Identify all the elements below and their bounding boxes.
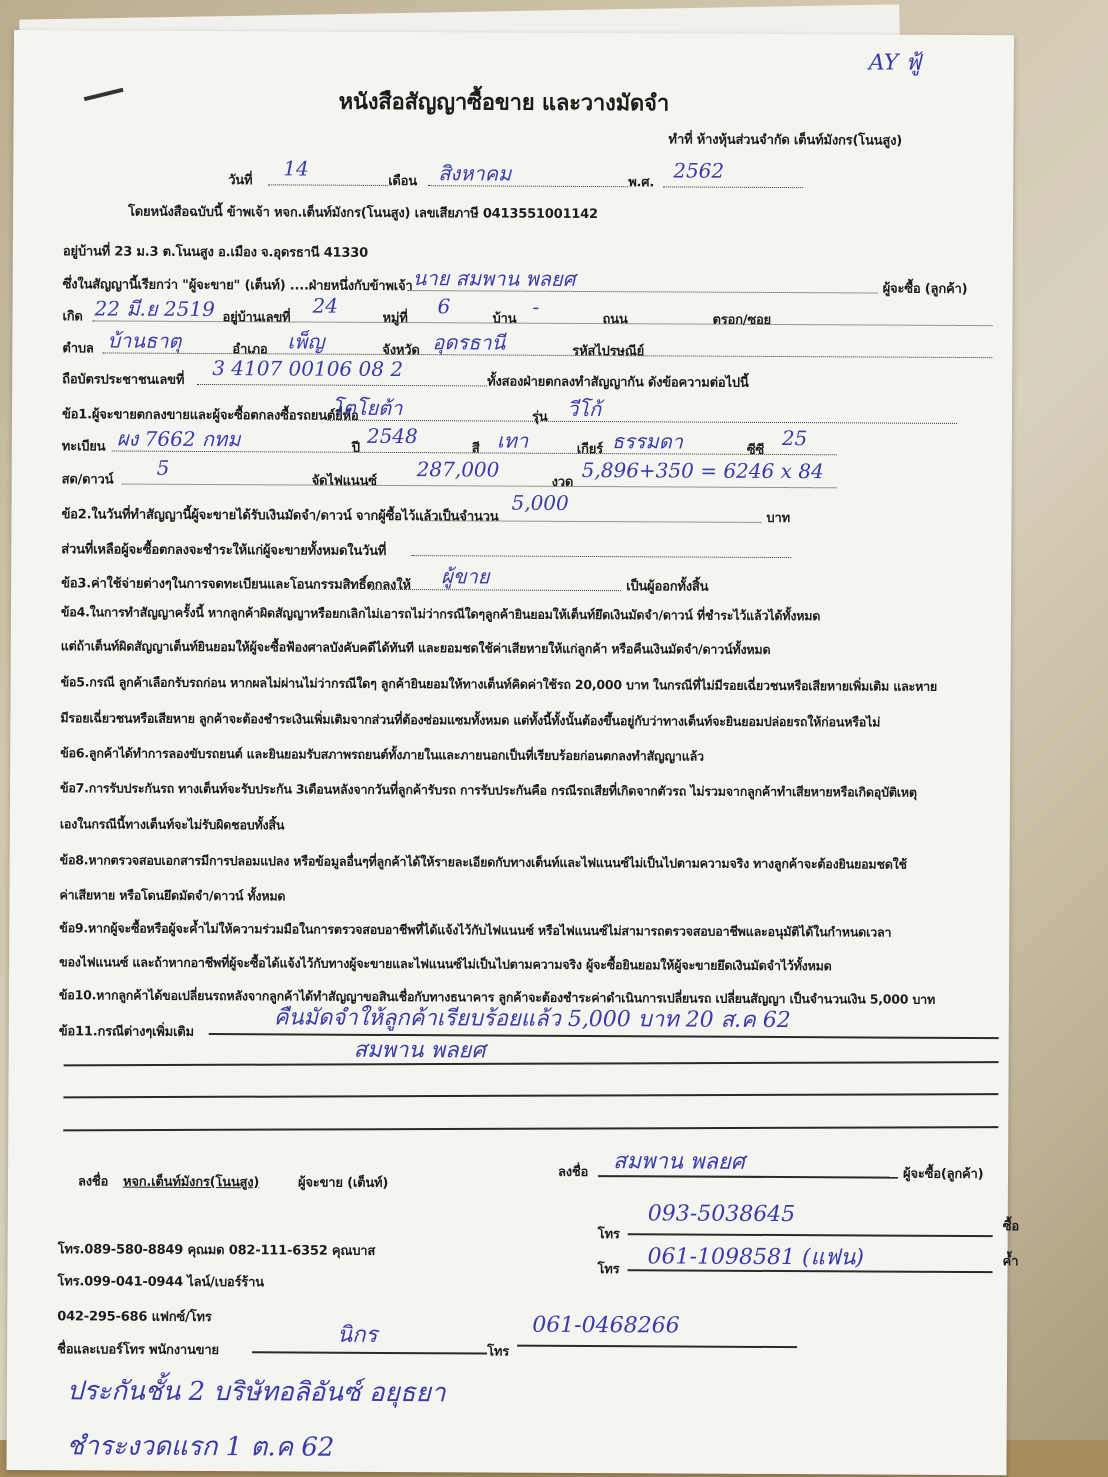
buyer-sign-role: ผู้จะซื้อ(ลูกค้า) (903, 1163, 983, 1184)
buyer-signature[interactable]: สมพาน พลยศ (613, 1143, 745, 1179)
model-label: รุ่น (532, 406, 548, 427)
clause2-label: ข้อ2.ในวันที่ทำสัญญานี้ผู้จะขายได้รับเงิ… (61, 503, 498, 526)
intro-line: โดยหนังสือฉบับนี้ ข้าพเจ้า หจก.เต็นท์มัง… (128, 201, 598, 224)
id-label: ถือบัตรประชาชนเลขที่ (62, 368, 184, 390)
buyer-role: ผู้จะซื้อ (ลูกค้า) (883, 278, 968, 299)
province-value[interactable]: อุดรธานี (432, 326, 505, 358)
buyer-phone-label: โทร (598, 1223, 620, 1244)
document-title: หนังสือสัญญาซื้อขาย และวางมัดจำ (339, 84, 670, 121)
guarantor-phone-label: โทร (597, 1258, 619, 1279)
house-label: อยู่บ้านเลขที่ (222, 306, 290, 327)
tambon-label: ตำบล (62, 337, 93, 358)
salesperson-label: ชื่อและเบอร์โทร พนักงานขาย (57, 1338, 219, 1360)
corner-note: AY ฟู้ (869, 44, 921, 79)
pen-mark (84, 88, 124, 101)
birth-value[interactable]: 22 มี.ย 2519 (94, 292, 214, 325)
down-label: สด/ดาวน์ (62, 468, 114, 489)
gear-value[interactable]: ธรรมดา (612, 425, 683, 457)
buyer-name[interactable]: นาย สมพาน พลยศ (413, 262, 576, 295)
month-label: เดือน (388, 170, 417, 191)
clause-line: ของไฟแนนซ์ และถ้าหากอาชีพที่ผู้จะซื้อได้… (59, 952, 832, 976)
salesperson-name[interactable]: นิกร (337, 1317, 377, 1352)
brand-value[interactable]: โตโยต้า (332, 392, 403, 424)
finance-value[interactable]: 287,000 (417, 457, 500, 481)
clause-line: เองในกรณีนี้ทางเต็นท์จะไม่รับผิดชอบทั้งส… (60, 814, 285, 835)
amphoe-value[interactable]: เพ็ญ (287, 325, 324, 357)
clause-line: ข้อ6.ลูกค้าได้ทำการลองขับรถยนต์ และยินยอ… (60, 743, 704, 766)
salesperson-phone[interactable]: 061-0468266 (532, 1313, 680, 1339)
cc-label: ซีซี (747, 439, 764, 460)
first-payment-note: ชำระงวดแรก 1 ต.ค 62 (66, 1425, 334, 1467)
deposit-unit: บาท (766, 507, 790, 528)
clause-line: ข้อ9.หากผู้จะซื้อหรือผู้จะค้ำไม่ให้ความร… (59, 918, 891, 942)
buyer-sign-label: ลงชื่อ (558, 1161, 588, 1182)
fee-payer-value[interactable]: ผู้ขาย (441, 560, 490, 592)
clause-line: แต่ถ้าเต็นท์ผิดสัญญาเต็นท์ยินยอมให้ผู้จะ… (61, 636, 771, 660)
seller-sign-value: หจก.เต็นท์มังกร(โนนสูง) (123, 1171, 259, 1193)
clause-line: ข้อ4.ในการทำสัญญาครั้งนี้ หากลูกค้าผิดสั… (61, 602, 820, 626)
color-label: สี (472, 437, 480, 458)
clause11-note-1[interactable]: คืนมัดจำให้ลูกค้าเรียบร้อยแล้ว 5,000 บาท… (274, 999, 791, 1037)
made-at: ทำที่ ห้างหุ้นส่วนจำกัด เต็นท์มังกร(โนนส… (668, 128, 902, 150)
clause11-note-2[interactable]: สมพาน พลยศ (354, 1032, 486, 1068)
buyer-phone[interactable]: 093-5038645 (648, 1201, 796, 1227)
postcode-label: รหัสไปรษณีย์ (572, 340, 644, 361)
gear-label: เกียร์ (577, 438, 603, 459)
year-value[interactable]: 2562 (673, 158, 724, 182)
remaining-label: ส่วนที่เหลือผู้จะซื้อตกลงจะชำระให้แก่ผู้… (61, 538, 386, 561)
clause3-label: ข้อ3.ค่าใช้จ่ายต่างๆในการจดทะเบียนและโอน… (61, 572, 411, 595)
insurance-note: ประกันชั้น 2 บริษัทอลิอันซ์ อยุธยา (67, 1370, 446, 1413)
clause-line: มีรอยเฉี่ยวชนหรือเสียหาย ลูกค้าจะต้องชำร… (60, 708, 880, 732)
guarantor-phone[interactable]: 061-1098581 (แฟน) (647, 1238, 864, 1274)
year-label: ปี (352, 437, 360, 458)
moo-label: หมู่ที่ (382, 307, 407, 328)
cc-value[interactable]: 25 (782, 426, 808, 450)
month-value[interactable]: สิงหาคม (438, 157, 511, 189)
seller-contact: 042-295-686 แฟกซ์/โทร (57, 1305, 211, 1327)
id-suffix: ทั้งสองฝ่ายตกลงทำสัญญากัน ดังข้อความต่อไ… (487, 370, 748, 392)
model-value[interactable]: วีโก้ (567, 393, 601, 425)
moo-value[interactable]: 6 (437, 294, 450, 318)
year-label: พ.ศ. (628, 171, 654, 192)
reg-label: ทะเบียน (62, 435, 106, 456)
house-value[interactable]: 24 (312, 294, 338, 318)
clause-line: ข้อ5.กรณี ลูกค้าเลือกรับรถก่อน หากผลไม่ผ… (61, 672, 938, 697)
install-value[interactable]: 5,896+350 = 6246 x 84 (582, 458, 824, 483)
deposit-value[interactable]: 5,000 (511, 491, 568, 515)
down-value[interactable]: 5 (157, 456, 170, 480)
seller-contact: โทร.089-580-8849 คุณมด 082-111-6352 คุณบ… (58, 1238, 376, 1261)
buyer-phone-role: ซื้อ (1003, 1215, 1019, 1236)
salesperson-phone-label: โทร (487, 1340, 509, 1361)
contract-document: AY ฟู้ หนังสือสัญญาซื้อขาย และวางมัดจำ ท… (6, 30, 1014, 1475)
reg-value[interactable]: ผง 7662 กทม (117, 423, 241, 456)
seller-address: อยู่บ้านที่ 23 ม.3 ต.โนนสูง อ.เมือง จ.อุ… (63, 240, 368, 263)
clause3-suffix: เป็นผู้ออกทั้งสิ้น (626, 575, 708, 596)
seller-contact: โทร.099-041-0944 ไลน์/เบอร์ร้าน (57, 1270, 264, 1292)
install-label: งวด (552, 471, 574, 492)
birth-label: เกิด (62, 305, 82, 326)
color-value[interactable]: เทา (497, 425, 528, 457)
seller-sign-role: ผู้จะขาย (เต็นท์) (298, 1172, 388, 1193)
tambon-value[interactable]: บ้านธาตุ (107, 324, 181, 356)
day-label: วันที่ (228, 169, 252, 190)
guarantor-phone-role: ค้ำ (1003, 1250, 1019, 1271)
village-label: บ้าน (492, 308, 516, 329)
clause-line: ข้อ7.การรับประกันรถ ทางเต็นท์จะรับประกัน… (60, 778, 917, 802)
finance-label: จัดไฟแนนซ์ (312, 470, 377, 491)
id-value[interactable]: 3 4107 00106 08 2 (212, 356, 403, 381)
soi-label: ตรอก/ซอย (712, 309, 771, 330)
clause11-label: ข้อ11.กรณีต่างๆเพิ่มเติม (59, 1020, 194, 1042)
road-label: ถนน (602, 308, 627, 329)
seller-sign-label: ลงชื่อ (78, 1170, 108, 1191)
car-year-value[interactable]: 2548 (367, 424, 418, 448)
village-value[interactable]: - (532, 295, 539, 319)
clause-line: ค่าเสียหาย หรือโดนยึดมัดจำ/ดาวน์ ทั้งหมด (59, 885, 285, 906)
day-value[interactable]: 14 (283, 156, 309, 180)
clause-line: ข้อ8.หากตรวจสอบเอกสารมีการปลอมแปลง หรือข… (60, 850, 907, 874)
